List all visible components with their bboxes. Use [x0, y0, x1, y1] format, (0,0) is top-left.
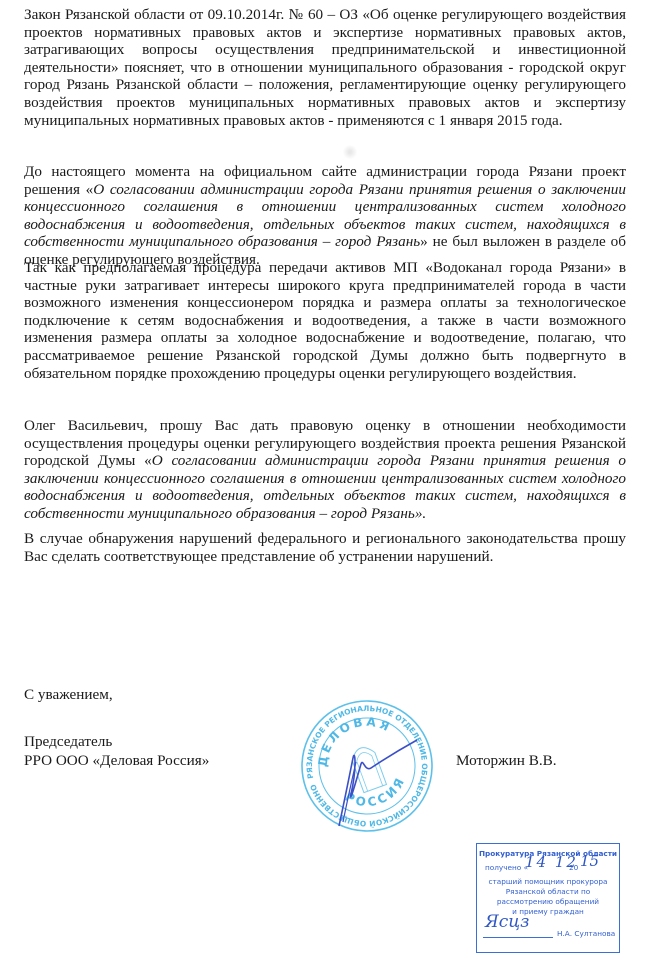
- paragraph-text: Закон Рязанской области от 09.10.2014г. …: [24, 6, 626, 129]
- stamp-year-suffix: 15: [580, 856, 599, 866]
- handwritten-signature-icon: Ясцз: [485, 917, 529, 927]
- stamp-line: Рязанской области по: [477, 887, 619, 897]
- paragraph-vodokanal-transfer: Так как предполагаемая процедура передач…: [24, 259, 626, 382]
- signatory-name: Моторжин В.В.: [456, 752, 557, 770]
- signatory-title: Председатель: [24, 733, 112, 751]
- stamp-line: старший помощник прокурора: [477, 877, 619, 887]
- organization-seal-icon: РЯЗАНСКОЕ РЕГИОНАЛЬНОЕ ОТДЕЛЕНИЕ ОБЩЕРОС…: [299, 698, 435, 834]
- stamp-received-row: получено « 14 12 20 15: [477, 863, 619, 877]
- paragraph-text: Так как предполагаемая процедура передач…: [24, 259, 626, 382]
- paragraph-request: Олег Васильевич, прошу Вас дать правовую…: [24, 417, 626, 523]
- prosecutor-receipt-stamp: Прокуратура Рязанской области получено «…: [476, 843, 620, 953]
- paragraph-law-reference: Закон Рязанской области от 09.10.2014г. …: [24, 6, 626, 129]
- signatory-organization: РРО ООО «Деловая Россия»: [24, 752, 209, 770]
- stamp-received-label: получено «: [485, 863, 528, 872]
- signature-rule: [483, 937, 553, 938]
- stamp-signature-row: Ясцз Н.А. Султанова: [477, 919, 619, 941]
- letter-page: Закон Рязанской области от 09.10.2014г. …: [0, 0, 650, 962]
- stamp-line: рассмотрению обращений: [477, 897, 619, 907]
- paragraph-violations: В случае обнаружения нарушений федеральн…: [24, 530, 626, 565]
- stamp-signer: Н.А. Султанова: [557, 929, 615, 939]
- scan-artifact: [340, 145, 360, 159]
- paragraph-website-notice: До настоящего момента на официальном сай…: [24, 163, 626, 269]
- paragraph-text: В случае обнаружения нарушений федеральн…: [24, 530, 626, 565]
- stamp-year-prefix: 20: [569, 863, 578, 873]
- closing-salutation: С уважением,: [24, 686, 113, 704]
